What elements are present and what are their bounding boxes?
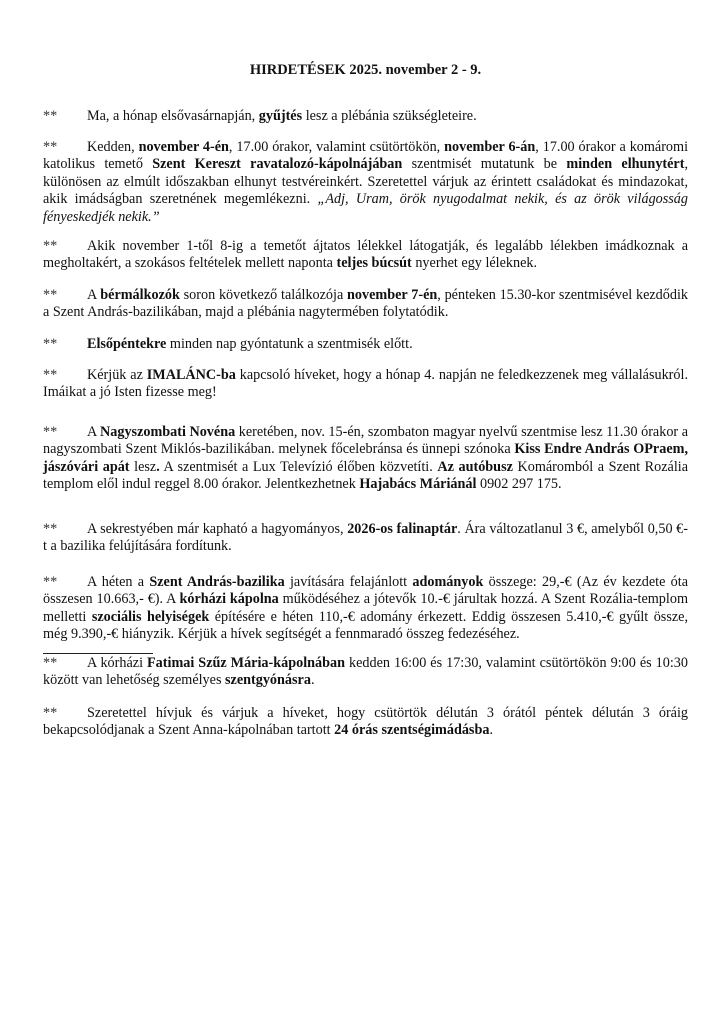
text: minden nap gyóntatunk a szentmisék előtt…	[166, 336, 412, 352]
text: A	[87, 287, 100, 303]
announcement-collection: **Ma, a hónap elsővasárnapján, gyűjtés l…	[43, 108, 688, 125]
bold-text: Fatimai Szűz Mária-kápolnában	[147, 655, 345, 671]
announcement-indulgence: **Akik november 1-től 8-ig a temetőt ájt…	[43, 238, 688, 273]
bullet-marker: **	[43, 108, 87, 125]
bold-text: Hajabács Máriánál	[359, 476, 476, 492]
text: javítására felajánlott	[285, 574, 413, 590]
bold-text: kórházi kápolna	[180, 591, 279, 607]
text: lesz a plébánia szükségleteire.	[302, 108, 477, 124]
bullet-marker: **	[43, 238, 87, 255]
announcement-first-friday: **Elsőpéntekre minden nap gyóntatunk a s…	[43, 336, 688, 353]
bold-text: Az autóbusz	[437, 459, 513, 475]
bold-text: szociális helyiségek	[92, 609, 209, 625]
bullet-marker: **	[43, 424, 87, 441]
text: A sekrestyében már kapható a hagyományos…	[87, 521, 347, 537]
announcement-prayer-chain: **Kérjük az IMALÁNC-ba kapcsoló híveket,…	[43, 367, 688, 402]
bold-text: Szent András-bazilika	[149, 574, 284, 590]
announcement-novena: **A Nagyszombati Novéna keretében, nov. …	[43, 424, 688, 494]
text: nyerhet egy léleknek.	[412, 255, 537, 271]
bold-text: november 4-én	[139, 139, 229, 155]
text: A szentmisét a Lux Televízió élőben közv…	[160, 459, 438, 475]
text: soron következő találkozója	[180, 287, 347, 303]
bold-text: 2026-os falinaptár	[347, 521, 457, 537]
bold-text: november 6-án	[444, 139, 535, 155]
bullet-marker: **	[43, 521, 87, 538]
text: 0902 297 175.	[476, 476, 561, 492]
text: A kórházi	[87, 655, 147, 671]
bold-text: 24 órás szentségimádásba	[334, 722, 489, 738]
announcement-cemetery-mass: **Kedden, november 4-én, 17.00 órakor, v…	[43, 139, 688, 226]
announcement-adoration: **Szeretettel hívjuk és várjuk a híveket…	[43, 705, 688, 740]
bold-text: szentgyónásra	[225, 672, 311, 688]
bullet-marker: **	[43, 574, 87, 591]
announcement-confirmation: **A bérmálkozók soron következő találkoz…	[43, 287, 688, 322]
text: Ma, a hónap elsővasárnapján,	[87, 108, 259, 124]
bold-text: Szent Kereszt ravatalozó-kápolnájában	[152, 156, 402, 172]
announcement-calendar: **A sekrestyében már kapható a hagyomány…	[43, 521, 688, 556]
text: lesz	[130, 459, 157, 475]
bold-text: IMALÁNC-ba	[147, 367, 236, 383]
text: szentmisét mutatunk be	[402, 156, 566, 172]
bullet-marker: **	[43, 139, 87, 156]
text: Kedden,	[87, 139, 139, 155]
text: , 17.00 órakor, valamint csütörtökön,	[229, 139, 444, 155]
text: .	[311, 672, 315, 688]
bold-text: teljes búcsút	[337, 255, 412, 271]
separator-line	[43, 653, 153, 654]
text: .	[489, 722, 493, 738]
announcement-donations: **A héten a Szent András-bazilika javítá…	[43, 574, 688, 644]
text: A héten a	[87, 574, 149, 590]
text: Kérjük az	[87, 367, 147, 383]
bullet-marker: **	[43, 705, 87, 722]
bold-text: gyűjtés	[259, 108, 302, 124]
bold-text: adományok	[412, 574, 483, 590]
bold-text: november 7-én	[347, 287, 437, 303]
bullet-marker: **	[43, 655, 87, 672]
bold-text: minden elhunytért	[566, 156, 684, 172]
announcement-confession: **A kórházi Fatimai Szűz Mária-kápolnába…	[43, 655, 688, 690]
bold-text: Elsőpéntekre	[87, 336, 166, 352]
bullet-marker: **	[43, 367, 87, 384]
bold-text: Nagyszombati Novéna	[100, 424, 235, 440]
bold-text: bérmálkozók	[100, 287, 180, 303]
bullet-marker: **	[43, 287, 87, 304]
bullet-marker: **	[43, 336, 87, 353]
text: A	[87, 424, 100, 440]
page-title: HIRDETÉSEK 2025. november 2 - 9.	[43, 62, 688, 79]
